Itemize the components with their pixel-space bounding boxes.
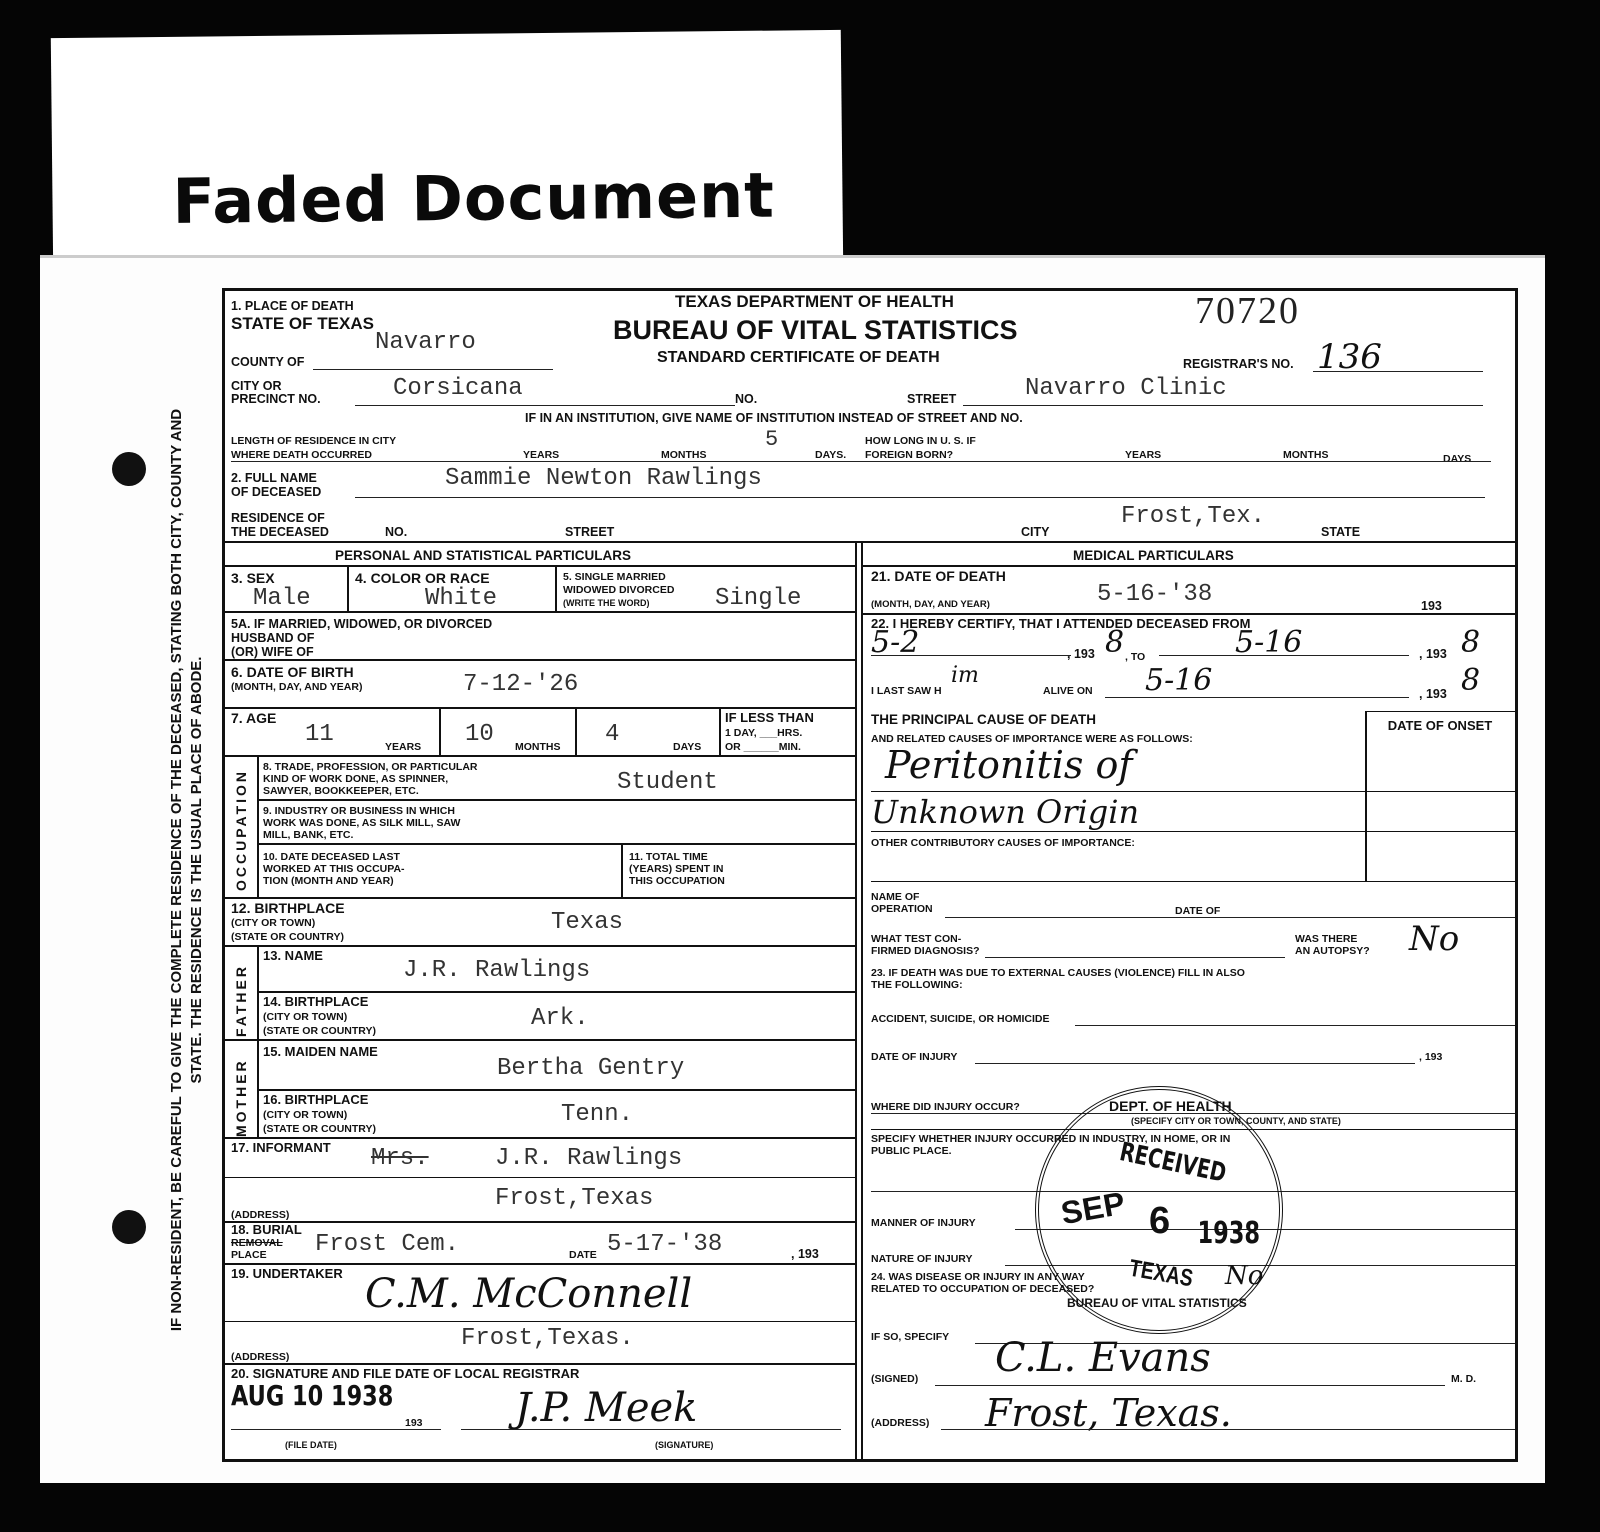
divider-sex: [347, 567, 349, 611]
less-than-label-1: IF LESS THAN: [725, 711, 814, 725]
informant-prefix: Mrs.: [371, 1145, 429, 1172]
no-label: NO.: [735, 392, 757, 406]
us-years-label: YEARS: [1125, 449, 1161, 461]
marital-label-3: (WRITE THE WORD): [563, 597, 649, 609]
divider-occupation-side: [257, 757, 259, 897]
res-months-label: MONTHS: [661, 449, 707, 461]
mother-bp-value: Tenn.: [561, 1101, 633, 1128]
spouse-label-2: HUSBAND OF: [231, 631, 314, 645]
father-side-label: FATHER: [233, 964, 249, 1037]
divider-dod: [863, 613, 1515, 615]
attended-from-underline: [871, 655, 1071, 656]
age-days-value: 4: [605, 721, 619, 748]
birthplace-value: Texas: [551, 909, 623, 936]
signature-label: (SIGNATURE): [655, 1439, 713, 1451]
registrar-no-label: REGISTRAR'S NO.: [1183, 357, 1294, 371]
physician-signature: C.L. Evans: [995, 1335, 1211, 1381]
age-label: 7. AGE: [231, 711, 276, 725]
industry-label-3: MILL, BANK, ETC.: [263, 829, 353, 841]
file-date-stamp: AUG 10 1938: [231, 1381, 393, 1411]
full-name-label-1: 2. FULL NAME: [231, 471, 317, 485]
divider-cause-1: [871, 791, 1515, 792]
street-label: STREET: [907, 392, 956, 406]
burial-date-value: 5-17-'38: [607, 1231, 722, 1258]
divider-dob: [225, 707, 855, 709]
stamp-bottom-arc: BUREAU OF VITAL STATISTICS: [1067, 1296, 1247, 1310]
divider-mother: [225, 1137, 855, 1139]
dob-label-1: 6. DATE OF BIRTH: [231, 665, 354, 679]
attended-to-underline: [1159, 655, 1409, 656]
state-label: STATE OF TEXAS: [231, 313, 374, 335]
autopsy-value: No: [1409, 919, 1459, 959]
age-days-label: DAYS: [673, 741, 701, 753]
father-bp-value: Ark.: [531, 1005, 589, 1032]
mother-name-value: Bertha Gentry: [497, 1055, 684, 1082]
marital-label-1: 5. SINGLE MARRIED: [563, 571, 666, 583]
birthplace-label-3: (STATE OR COUNTRY): [231, 931, 344, 943]
us-days-label: DAYS: [1443, 453, 1471, 465]
burial-date-label: DATE: [569, 1249, 597, 1261]
divider-contrib: [871, 881, 1515, 882]
informant-address-value: Frost,Texas: [495, 1185, 653, 1212]
trade-label-3: SAWYER, BOOKKEEPER, ETC.: [263, 785, 419, 797]
res-days-label: DAYS.: [815, 449, 846, 461]
lastwork-label-3: TION (MONTH AND YEAR): [263, 875, 394, 887]
us-label-2: FOREIGN BORN?: [865, 449, 953, 461]
industry-label-2: WORK WAS DONE, AS SILK MILL, SAW: [263, 817, 460, 829]
divider-mother-name: [257, 1089, 855, 1091]
divider-burial: [225, 1263, 855, 1265]
alive-on-value: 5-16: [1145, 663, 1212, 698]
divider-age-1: [439, 707, 441, 755]
place-of-death-label: 1. PLACE OF DEATH: [231, 299, 354, 313]
race-value: White: [425, 585, 497, 612]
sex-value: Male: [253, 585, 311, 612]
sex-label: 3. SEX: [231, 571, 275, 585]
residence-label-2: THE DECEASED: [231, 525, 329, 539]
divider-age: [225, 755, 855, 757]
undertaker-signature: C.M. McConnell: [365, 1271, 692, 1317]
father-bp-label-1: 14. BIRTHPLACE: [263, 995, 368, 1009]
city-label-2: PRECINCT NO.: [231, 392, 321, 406]
city-value: Corsicana: [393, 375, 523, 402]
test-underline: [985, 957, 1285, 958]
registrar-no-underline: [1313, 371, 1483, 372]
stamp-day: 6: [1149, 1200, 1170, 1243]
street-value: Navarro Clinic: [1025, 375, 1227, 402]
alive-on-year: 8: [1461, 663, 1480, 698]
informant-address-label: (ADDRESS): [231, 1209, 289, 1221]
divider-spouse: [225, 659, 855, 661]
stamp-state: TEXAS: [1127, 1255, 1195, 1294]
divider-residence: [225, 541, 1515, 543]
father-bp-label-3: (STATE OR COUNTRY): [263, 1025, 376, 1037]
divider-age-2: [575, 707, 577, 755]
external-label-2: THE FOLLOWING:: [871, 979, 963, 991]
spouse-label-3: (OR) WIFE OF: [231, 645, 314, 659]
burial-place-value: Frost Cem.: [315, 1231, 459, 1258]
operation-label-1: NAME OF: [871, 891, 919, 903]
attended-from-year: 8: [1105, 625, 1124, 660]
signed-underline: [935, 1385, 1445, 1386]
mother-bp-label-2: (CITY OR TOWN): [263, 1109, 347, 1121]
death-certificate-form: 1. PLACE OF DEATH STATE OF TEXAS TEXAS D…: [222, 288, 1518, 1462]
res-months-value: 5: [765, 427, 778, 452]
certificate-number: 70720: [1195, 289, 1300, 333]
personal-section-title: PERSONAL AND STATISTICAL PARTICULARS: [335, 549, 631, 563]
medical-section-title: MEDICAL PARTICULARS: [1073, 549, 1234, 563]
burial-label-1: 18. BURIAL: [231, 1223, 302, 1237]
cause-primary-value: Peritonitis of: [885, 743, 1132, 787]
lastwork-label-2: WORKED AT THIS OCCUPA-: [263, 863, 405, 875]
spouse-label-1: 5A. IF MARRIED, WIDOWED, OR DIVORCED: [231, 617, 492, 631]
autopsy-label-1: WAS THERE: [1295, 933, 1357, 945]
age-months-label: MONTHS: [515, 741, 561, 753]
dob-value: 7-12-'26: [463, 671, 578, 698]
test-label-1: WHAT TEST CON-: [871, 933, 961, 945]
divider-totaltime: [621, 843, 623, 897]
dob-label-2: (MONTH, DAY, AND YEAR): [231, 681, 362, 693]
tab-title: Faded Document: [172, 159, 775, 238]
county-value: Navarro: [375, 329, 476, 356]
us-label-1: HOW LONG IN U. S. IF: [865, 435, 976, 447]
column-divider-b: [861, 543, 863, 1459]
mother-name-label: 15. MAIDEN NAME: [263, 1045, 378, 1059]
bureau-title: BUREAU OF VITAL STATISTICS: [613, 315, 1018, 345]
injury-year-label: , 193: [1419, 1051, 1442, 1063]
external-label-1: 23. IF DEATH WAS DUE TO EXTERNAL CAUSES …: [871, 967, 1245, 979]
dod-year-label: 193: [1421, 599, 1442, 613]
res-length-label-1: LENGTH OF RESIDENCE IN CITY: [231, 435, 396, 447]
form-title: STANDARD CERTIFICATE OF DEATH: [657, 351, 940, 365]
informant-label: 17. INFORMANT: [231, 1141, 331, 1155]
trade-label-2: KIND OF WORK DONE, AS SPINNER,: [263, 773, 448, 785]
industry-label-1: 9. INDUSTRY OR BUSINESS IN WHICH: [263, 805, 455, 817]
street-underline: [963, 405, 1483, 406]
divider-informant: [225, 1177, 855, 1178]
mother-side-label: MOTHER: [233, 1058, 249, 1137]
operation-date-label: DATE OF: [1175, 905, 1220, 917]
alive-on-underline: [1105, 697, 1409, 698]
cause-secondary-value: Unknown Origin: [871, 793, 1139, 831]
attended-from-year-label: , 193: [1067, 647, 1095, 661]
last-saw-label: I LAST SAW H: [871, 685, 942, 697]
registrar-signature: J.P. Meek: [515, 1385, 697, 1431]
city-underline: [355, 405, 735, 406]
last-saw-pronoun: im: [951, 663, 979, 688]
operation-label-2: OPERATION: [871, 903, 933, 915]
undertaker-address-value: Frost,Texas.: [461, 1325, 634, 1352]
less-than-label-2: 1 DAY, ___HRS.: [725, 727, 802, 739]
file-date-underline: [231, 1429, 441, 1430]
autopsy-label-2: AN AUTOPSY?: [1295, 945, 1370, 957]
county-label: COUNTY OF: [231, 355, 304, 369]
dept-title: TEXAS DEPARTMENT OF HEALTH: [675, 295, 954, 309]
stamp-year: 1938: [1197, 1216, 1260, 1251]
dod-value: 5-16-'38: [1097, 581, 1212, 608]
md-label: M. D.: [1451, 1373, 1476, 1385]
cause-label-1: THE PRINCIPAL CAUSE OF DEATH: [871, 713, 1096, 727]
divider-race: [555, 567, 557, 611]
res-state-label: STATE: [1321, 525, 1360, 539]
totaltime-label-3: THIS OCCUPATION: [629, 875, 725, 887]
alive-on-label: ALIVE ON: [1043, 685, 1093, 697]
undertaker-label: 19. UNDERTAKER: [231, 1267, 343, 1281]
stamp-received: RECEIVED: [1117, 1137, 1229, 1189]
file-date-label: (FILE DATE): [285, 1439, 337, 1451]
institution-note: IF IN AN INSTITUTION, GIVE NAME OF INSTI…: [525, 411, 1023, 425]
city-label-1: CITY OR: [231, 379, 281, 393]
res-street-label: STREET: [565, 525, 614, 539]
res-years-label: YEARS: [523, 449, 559, 461]
onset-label: DATE OF ONSET: [1385, 719, 1495, 733]
alive-on-year-label: , 193: [1419, 687, 1447, 701]
side-instructions-line1: IF NON-RESIDENT, BE CAREFUL TO GIVE THE …: [167, 285, 187, 1455]
res-city-value: Frost,Tex.: [1121, 503, 1265, 530]
full-name-value: Sammie Newton Rawlings: [445, 465, 762, 492]
birthplace-label-2: (CITY OR TOWN): [231, 917, 315, 929]
manner-label: MANNER OF INJURY: [871, 1217, 976, 1229]
race-label: 4. COLOR OR RACE: [355, 571, 490, 585]
informant-value: J.R. Rawlings: [495, 1145, 682, 1172]
dod-label-2: (MONTH, DAY, AND YEAR): [871, 599, 990, 611]
injury-where-label: WHERE DID INJURY OCCUR?: [871, 1101, 1020, 1113]
father-name-value: J.R. Rawlings: [403, 957, 590, 984]
age-years-label: YEARS: [385, 741, 421, 753]
trade-value: Student: [617, 769, 718, 796]
divider-onset: [1365, 711, 1367, 881]
dod-label-1: 21. DATE OF DEATH: [871, 569, 1006, 583]
divider-marital: [225, 611, 855, 613]
stamp-top-arc: DEPT. OF HEALTH: [1109, 1098, 1232, 1114]
accident-underline: [1075, 1025, 1515, 1026]
totaltime-label-1: 11. TOTAL TIME: [629, 851, 708, 863]
burial-year-label: , 193: [791, 1247, 819, 1261]
marital-label-2: WIDOWED DIVORCED: [563, 584, 674, 596]
injury-date-label: DATE OF INJURY: [871, 1051, 957, 1063]
divider-undertaker: [225, 1321, 855, 1322]
certify-label: 22. I HEREBY CERTIFY, THAT I ATTENDED DE…: [871, 617, 1250, 631]
occupation-side-label: OCCUPATION: [233, 769, 249, 891]
address-underline: [941, 1429, 1515, 1430]
burial-label-3: PLACE: [231, 1249, 267, 1261]
to-label: , TO: [1125, 651, 1145, 663]
age-months-value: 10: [465, 721, 494, 748]
divider-birthplace: [225, 945, 855, 947]
injury-place-label-2: PUBLIC PLACE.: [871, 1145, 952, 1157]
attended-to-year: 8: [1461, 625, 1480, 660]
residence-label-1: RESIDENCE OF: [231, 511, 325, 525]
injury-date-underline: [975, 1063, 1415, 1064]
signature-underline: [461, 1429, 841, 1430]
res-no-label: NO.: [385, 525, 407, 539]
mother-bp-label-1: 16. BIRTHPLACE: [263, 1093, 368, 1107]
divider-personal: [225, 565, 855, 567]
mother-bp-label-3: (STATE OR COUNTRY): [263, 1123, 376, 1135]
res-length-underline: [231, 461, 1491, 462]
side-instructions: IF NON-RESIDENT, BE CAREFUL TO GIVE THE …: [130, 285, 204, 1455]
contrib-label: OTHER CONTRIBUTORY CAUSES OF IMPORTANCE:: [871, 837, 1135, 849]
divider-undertaker-address: [225, 1363, 855, 1365]
age-years-value: 11: [305, 721, 334, 748]
divider-medical: [863, 565, 1515, 567]
less-than-label-3: OR ______MIN.: [725, 741, 801, 753]
burial-label-2: REMOVAL: [231, 1237, 283, 1249]
divider-father-name: [257, 991, 855, 993]
divider-cause-2: [871, 831, 1515, 832]
birthplace-label-1: 12. BIRTHPLACE: [231, 901, 345, 915]
divider-industry: [257, 843, 855, 845]
us-months-label: MONTHS: [1283, 449, 1329, 461]
received-stamp: DEPT. OF HEALTH RECEIVED SEP 6 1938 TEXA…: [1035, 1086, 1283, 1334]
onset-top-line: [1365, 711, 1515, 712]
full-name-label-2: OF DECEASED: [231, 485, 321, 499]
divider-informant-address: [225, 1221, 855, 1223]
side-instructions-line2: STATE. THE RESIDENCE IS THE USUAL PLACE …: [187, 285, 207, 1455]
res-city-label: CITY: [1021, 525, 1049, 539]
signed-label: (SIGNED): [871, 1373, 918, 1385]
undertaker-address-label: (ADDRESS): [231, 1351, 289, 1363]
lastwork-label-1: 10. DATE DECEASED LAST: [263, 851, 400, 863]
totaltime-label-2: (YEARS) SPENT IN: [629, 863, 724, 875]
address-label: (ADDRESS): [871, 1417, 929, 1429]
divider-occupation: [225, 897, 855, 899]
nature-label: NATURE OF INJURY: [871, 1253, 973, 1265]
file-year-label: 193: [405, 1417, 423, 1429]
divider-father-side: [257, 945, 259, 1041]
operation-underline: [945, 917, 1515, 918]
stamp-month: SEP: [1058, 1185, 1127, 1233]
marital-value: Single: [715, 585, 801, 612]
test-label-2: FIRMED DIAGNOSIS?: [871, 945, 980, 957]
divider-trade: [257, 799, 855, 801]
divider-age-3: [719, 707, 721, 755]
father-name-label: 13. NAME: [263, 949, 323, 963]
divider-father: [225, 1039, 855, 1041]
faded-document-tab: Faded Document: [51, 30, 843, 274]
specify-label: IF SO, SPECIFY: [871, 1331, 949, 1343]
full-name-underline: [355, 497, 1485, 498]
attended-to-year-label: , 193: [1419, 647, 1447, 661]
accident-label: ACCIDENT, SUICIDE, OR HOMICIDE: [871, 1013, 1050, 1025]
county-underline: [313, 369, 553, 370]
trade-label-1: 8. TRADE, PROFESSION, OR PARTICULAR: [263, 761, 478, 773]
father-bp-label-2: (CITY OR TOWN): [263, 1011, 347, 1023]
res-length-label-2: WHERE DEATH OCCURRED: [231, 449, 372, 461]
column-divider-a: [855, 543, 857, 1459]
